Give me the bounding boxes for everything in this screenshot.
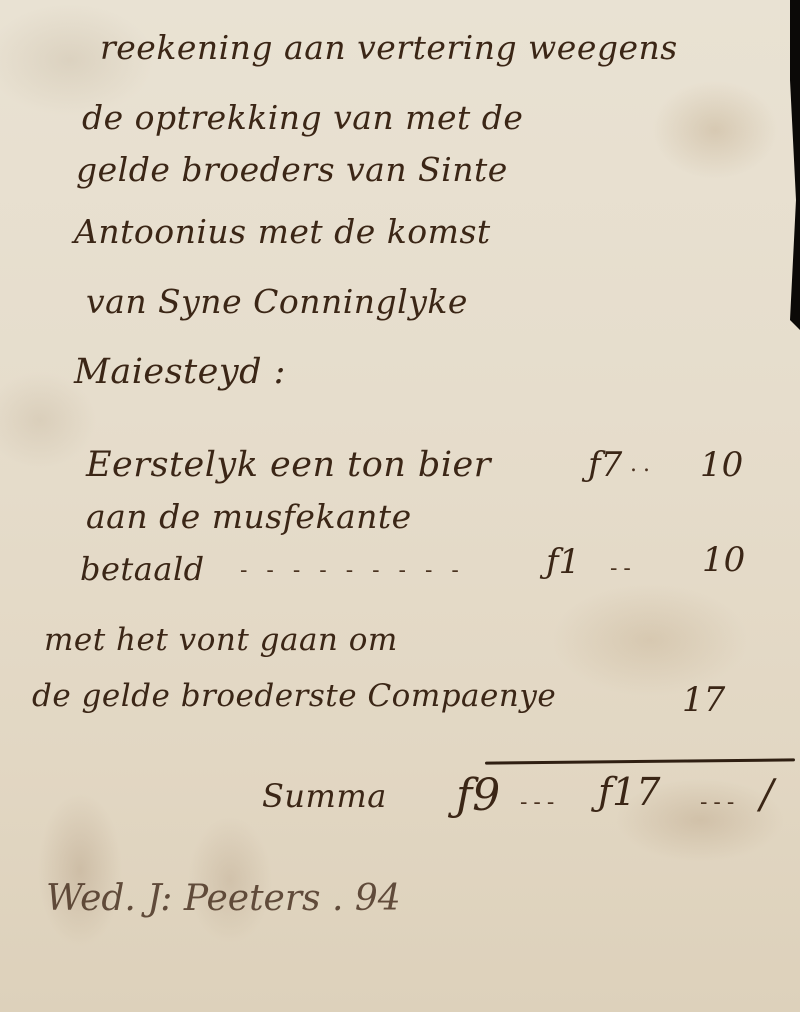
signature: Wed. J: Peeters . 94 xyxy=(46,878,401,919)
heading-line-1: reekening aan vertering weegens xyxy=(100,28,678,67)
item-2-stuivers: 10 xyxy=(702,540,745,580)
item-2-leader-dashes: - - - - - - - - - xyxy=(240,558,465,583)
total-rule xyxy=(485,758,795,764)
item-1-guilders: ƒ7 xyxy=(588,445,622,485)
total-label: Summa xyxy=(262,777,387,815)
item-2-description-line-2: betaald xyxy=(80,550,205,588)
item-1-description: Eerstelyk een ton bier xyxy=(86,445,491,485)
total-trailing-mark: / xyxy=(760,772,773,818)
heading-line-2: de optrekking van met de xyxy=(82,98,523,137)
total-stuivers: ƒ17 xyxy=(598,770,660,814)
item-3-description-line-2: de gelde broederste Compaenye xyxy=(32,678,556,714)
heading-line-5: van Syne Conninglyke xyxy=(86,282,468,321)
item-2-description-line-1: aan de musfekante xyxy=(86,497,412,536)
total-dash-2: --- xyxy=(700,790,740,815)
item-1-dash: .. xyxy=(630,452,656,477)
item-2-dash: -- xyxy=(610,556,637,581)
item-2-guilders: ƒ1 xyxy=(546,542,580,582)
total-dash-1: --- xyxy=(520,790,560,815)
item-3-description-line-1: met het vont gaan om xyxy=(44,622,398,658)
total-guilders: ƒ9 xyxy=(456,770,500,821)
heading-line-3: gelde broeders van Sinte xyxy=(76,150,508,189)
manuscript-page: reekening aan vertering weegens de optre… xyxy=(0,0,800,1012)
heading-line-4: Antoonius met de komst xyxy=(74,212,491,251)
item-3-stuivers: 17 xyxy=(682,680,725,720)
item-1-stuivers: 10 xyxy=(700,445,743,485)
heading-line-6: Maiesteyd : xyxy=(74,352,286,392)
